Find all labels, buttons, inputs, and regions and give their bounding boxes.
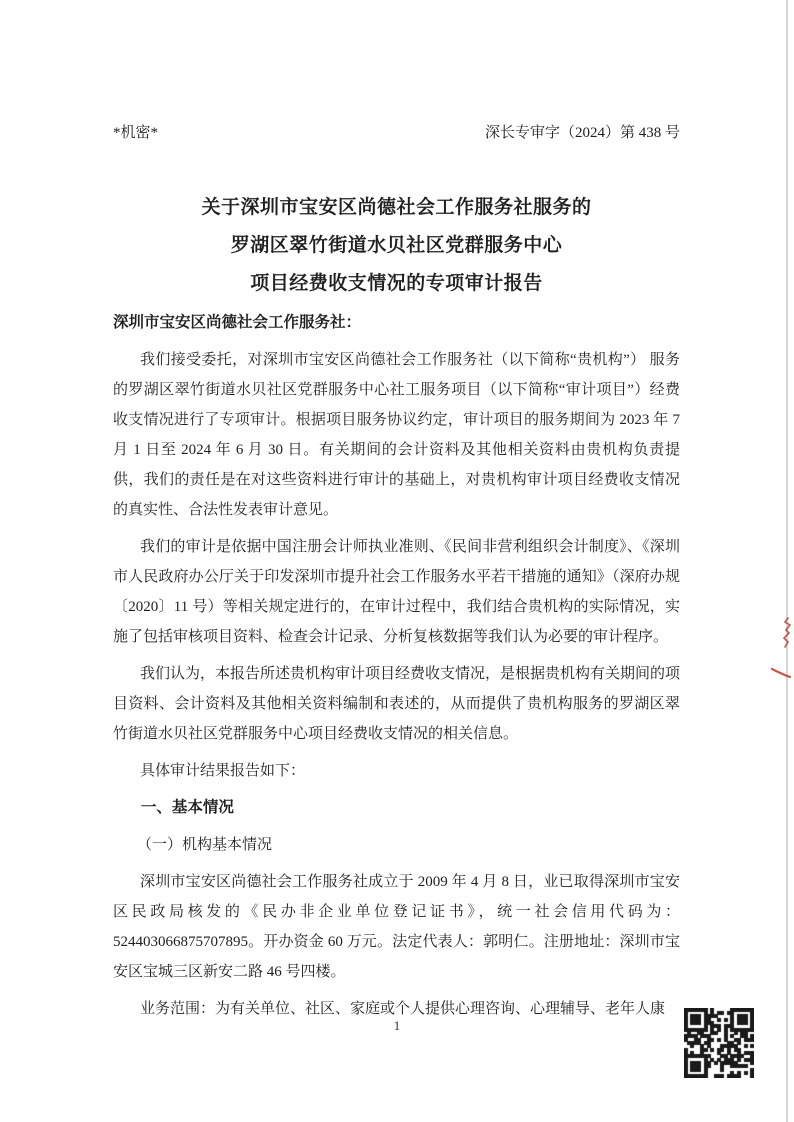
- document-number: 深长专审字（2024）第 438 号: [485, 124, 680, 143]
- title-line-3: 项目经费收支情况的专项审计报告: [113, 265, 680, 303]
- title-line-2: 罗湖区翠竹街道水贝社区党群服务中心: [113, 227, 680, 265]
- section-heading-basic-info: 一、基本情况: [113, 793, 680, 823]
- paragraph-engagement: 我们接受委托，对深圳市宝安区尚德社会工作服务社（以下简称“贵机构”） 服务的罗湖…: [113, 345, 680, 525]
- qr-code-icon: [684, 1008, 754, 1078]
- scan-edge-line: [786, 0, 788, 1122]
- red-pen-mark-stroke: [770, 665, 792, 681]
- page-number: 1: [0, 1018, 794, 1034]
- salutation: 深圳市宝安区尚德社会工作服务社：: [113, 308, 680, 338]
- red-pen-mark-squiggle: [779, 616, 794, 652]
- paragraph-audit-basis: 我们的审计是依据中国注册会计师执业准则、《民间非营利组织会计制度》、《深圳市人民…: [113, 532, 680, 652]
- document-page: *机密* 深长专审字（2024）第 438 号 关于深圳市宝安区尚德社会工作服务…: [0, 0, 794, 1122]
- document-header: *机密* 深长专审字（2024）第 438 号: [113, 124, 680, 143]
- paragraph-audit-opinion: 我们认为，本报告所述贵机构审计项目经费收支情况，是根据贵机构有关期间的项目资料、…: [113, 659, 680, 749]
- classification-label: *机密*: [113, 124, 158, 143]
- page-content: *机密* 深长专审字（2024）第 438 号 关于深圳市宝安区尚德社会工作服务…: [113, 0, 680, 1024]
- subsection-heading-org-info: （一）机构基本情况: [113, 830, 680, 860]
- paragraph-results-intro: 具体审计结果报告如下：: [113, 756, 680, 786]
- title-line-1: 关于深圳市宝安区尚德社会工作服务社服务的: [113, 189, 680, 227]
- paragraph-org-details: 深圳市宝安区尚德社会工作服务社成立于 2009 年 4 月 8 日，业已取得深圳…: [113, 867, 680, 987]
- document-title: 关于深圳市宝安区尚德社会工作服务社服务的 罗湖区翠竹街道水贝社区党群服务中心 项…: [113, 189, 680, 303]
